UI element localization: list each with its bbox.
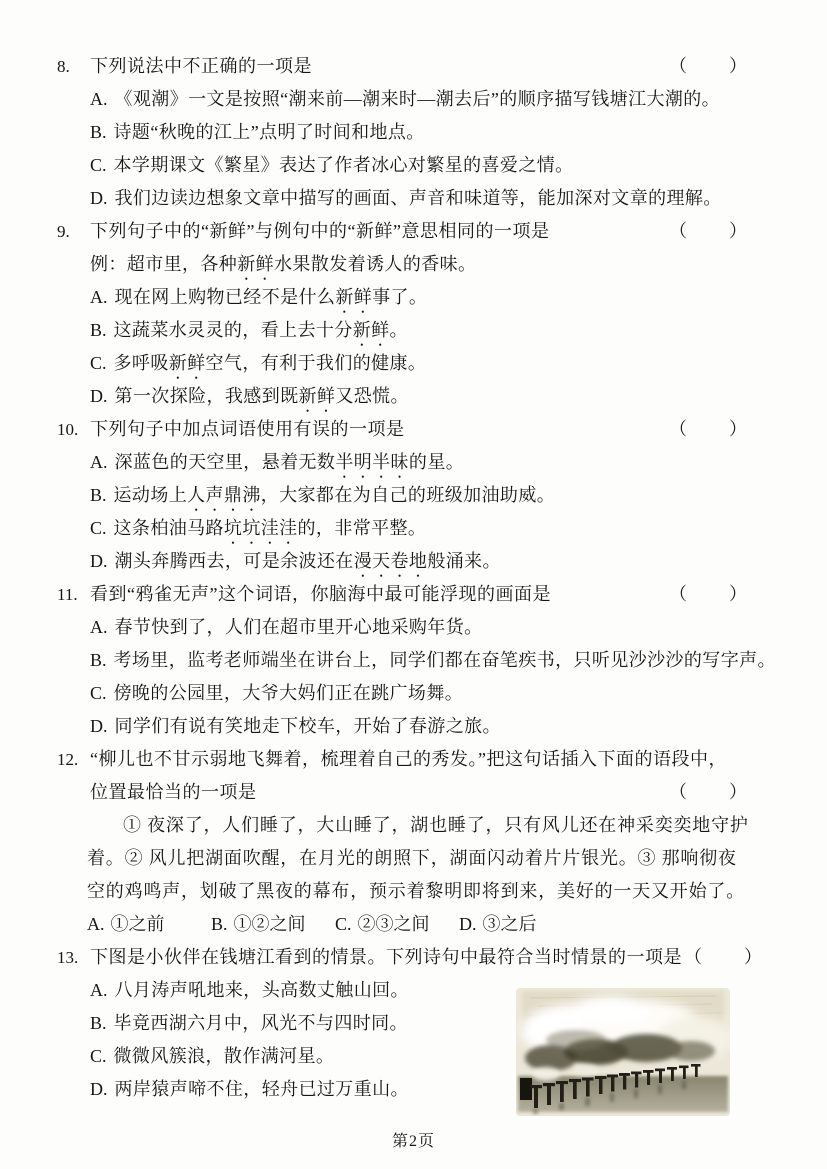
option-text: 两岸猿声啼不住，轻舟已过万重山。 (115, 1073, 409, 1106)
option-text-emphasis: 新鲜 (353, 320, 390, 340)
question-stem-text: 下列句子中的“新鲜”与例句中的“新鲜”意思相同的一项是 (90, 215, 549, 248)
question-12: 12. “柳儿也不甘示弱地飞舞着，梳理着自己的秀发。”把这句话插入下面的语段中，… (57, 743, 749, 941)
option-text: 毕竟西湖六月中，风光不与四时同。 (114, 1007, 408, 1040)
question-number: 13. (57, 941, 90, 974)
option-label: A. (90, 446, 108, 479)
question-11: 11. 看到“鸦雀无声”这个词语，你脑海中最可能浮现的画面是 （ ） A. 春节… (57, 578, 749, 743)
option-label: D. (90, 710, 108, 743)
option-label: A. (90, 611, 108, 644)
option-text-post: ，大家都在为自己的班级加油助威。 (261, 485, 555, 505)
question-13-stem: 13. 下图是小伙伴在钱塘江看到的情景。下列诗句中最符合当时情景的一项是 （ ） (57, 941, 749, 974)
option-inline: D.③之后 (459, 908, 537, 941)
option-text-emphasis: 新鲜 (169, 353, 206, 373)
option-text: 诗题“秋晚的江上”点明了时间和地点。 (114, 116, 425, 149)
option-text: 运动场上人声鼎沸，大家都在为自己的班级加油助威。 (114, 479, 556, 515)
option-text-post: 的，非常平整。 (298, 518, 427, 538)
example-text: 例：超市里，各种新鲜水果散发着诱人的香味。 (90, 248, 476, 284)
example-sentence: 例：超市里，各种新鲜水果散发着诱人的香味。 (57, 248, 749, 281)
option-row: D. 潮头奔腾西去，可是余波还在漫天卷地般涌来。 (57, 545, 749, 578)
question-10-stem: 10. 下列句子中加点词语使用有误的一项是 （ ） (57, 413, 749, 446)
option-label: D. (90, 1073, 108, 1106)
option-row: C. 傍晚的公园里，大爷大妈们正在跳广场舞。 (57, 677, 749, 710)
answer-bracket: （ ） (669, 215, 749, 248)
qiantang-tide-photo (516, 988, 730, 1116)
option-row: B. 这蔬菜水灵灵的，看上去十分新鲜。 (57, 314, 749, 347)
option-label: A. (87, 908, 105, 941)
option-text-emphasis: 新鲜 (335, 287, 372, 307)
option-text-post: 事了。 (372, 287, 427, 307)
option-row: B. 运动场上人声鼎沸，大家都在为自己的班级加油助威。 (57, 479, 749, 512)
question-12-stem-line2: 位置最恰当的一项是 （ ） (57, 776, 749, 809)
question-stem-text: 下列句子中加点词语使用有误的一项是 (90, 413, 405, 446)
passage-line: ① 夜深了，人们睡了，大山睡了，湖也睡了，只有风儿还在神采奕奕地守护 (57, 809, 749, 842)
option-inline: B.①②之间 (211, 908, 335, 941)
question-stem-text: 下列说法中不正确的一项是 (90, 50, 312, 83)
option-text: 这条柏油马路坑坑洼洼的，非常平整。 (114, 512, 427, 548)
question-number: 10. (57, 413, 90, 446)
question-number: 8. (57, 50, 90, 83)
option-text-post: 。 (390, 320, 408, 340)
option-row: C. 本学期课文《繁星》表达了作者冰心对繁星的喜爱之情。 (57, 149, 749, 182)
option-label: C. (90, 1040, 107, 1073)
option-row: A. 现在网上购物已经不是什么新鲜事了。 (57, 281, 749, 314)
passage-line: 空的鸡鸣声，划破了黑夜的幕布，预示着黎明即将到来，美好的一天又开始了。 (57, 875, 749, 908)
question-9-stem: 9. 下列句子中的“新鲜”与例句中的“新鲜”意思相同的一项是 （ ） (57, 215, 749, 248)
question-number: 12. (57, 743, 90, 776)
option-label: B. (90, 314, 107, 347)
question-8-stem: 8. 下列说法中不正确的一项是 （ ） (57, 50, 749, 83)
option-row: A. 《观潮》一文是按照“潮来前—潮来时—潮去后”的顺序描写钱塘江大潮的。 (57, 83, 749, 116)
option-row: C. 这条柏油马路坑坑洼洼的，非常平整。 (57, 512, 749, 545)
option-text-pre: 多呼吸 (114, 353, 169, 373)
option-label: C. (335, 908, 352, 941)
option-text: 考场里，监考老师端坐在讲台上，同学们都在奋笔疾书，只听见沙沙沙的写字声。 (114, 644, 776, 677)
option-row: A. 春节快到了，人们在超市里开心地采购年货。 (57, 611, 749, 644)
option-label: C. (90, 149, 107, 182)
option-text-post: 的星。 (409, 452, 464, 472)
option-text: 春节快到了，人们在超市里开心地采购年货。 (115, 611, 483, 644)
option-text: 深蓝色的天空里，悬着无数半明半昧的星。 (115, 446, 465, 482)
option-row: D. 我们边读边想象文章中描写的画面、声音和味道等，能加深对文章的理解。 (57, 182, 749, 215)
option-label: C. (90, 512, 107, 545)
answer-bracket: （ ） (669, 776, 749, 809)
option-text: ③之后 (483, 908, 537, 941)
option-text: ①②之间 (234, 908, 306, 941)
option-text-emphasis: 人声鼎沸 (187, 485, 261, 505)
option-row: C. 多呼吸新鲜空气，有利于我们的健康。 (57, 347, 749, 380)
option-row: D. 同学们有说有笑地走下校车，开始了春游之旅。 (57, 710, 749, 743)
answer-bracket: （ ） (669, 413, 749, 446)
passage-line: 着。② 风儿把湖面吹醒，在月光的朗照下，湖面闪动着片片银光。③ 那响彻夜 (57, 842, 749, 875)
option-text: 我们边读边想象文章中描写的画面、声音和味道等，能加深对文章的理解。 (115, 182, 722, 215)
exam-page: 8. 下列说法中不正确的一项是 （ ） A. 《观潮》一文是按照“潮来前—潮来时… (0, 0, 827, 1169)
question-12-stem-line1: 12. “柳儿也不甘示弱地飞舞着，梳理着自己的秀发。”把这句话插入下面的语段中， (57, 743, 749, 776)
option-text: 傍晚的公园里，大爷大妈们正在跳广场舞。 (114, 677, 464, 710)
option-text-pre: 深蓝色的天空里，悬着无数 (115, 452, 336, 472)
example-text-emphasis: 新鲜 (237, 254, 274, 274)
option-text: 这蔬菜水灵灵的，看上去十分新鲜。 (114, 314, 408, 350)
option-text: 第一次探险，我感到既新鲜又恐慌。 (115, 380, 409, 416)
option-text-pre: 这蔬菜水灵灵的，看上去十分 (114, 320, 353, 340)
question-stem-text: 位置最恰当的一项是 (90, 776, 257, 809)
option-label: B. (211, 908, 228, 941)
answer-bracket: （ ） (669, 50, 749, 83)
option-text-post: 空气，有利于我们的健康。 (206, 353, 427, 373)
question-number: 9. (57, 215, 90, 248)
question-stem-text: “柳儿也不甘示弱地飞舞着，梳理着自己的秀发。”把这句话插入下面的语段中， (90, 743, 727, 776)
question-10: 10. 下列句子中加点词语使用有误的一项是 （ ） A. 深蓝色的天空里，悬着无… (57, 413, 749, 578)
option-label: A. (90, 83, 108, 116)
option-text: 微微风簇浪，散作满河星。 (114, 1040, 335, 1073)
option-text-post: 般涌来。 (427, 551, 501, 571)
option-text-emphasis: 半明半昧 (335, 452, 409, 472)
example-text-pre: 例：超市里，各种 (90, 254, 237, 274)
option-text-pre: 现在网上购物已经不是什么 (115, 287, 336, 307)
option-row: A. 深蓝色的天空里，悬着无数半明半昧的星。 (57, 446, 749, 479)
option-text: 多呼吸新鲜空气，有利于我们的健康。 (114, 347, 427, 383)
option-text-pre: 潮头奔腾西去，可是余波还在 (115, 551, 354, 571)
option-label: C. (90, 677, 107, 710)
option-label: C. (90, 347, 107, 380)
option-text-pre: 运动场上 (114, 485, 188, 505)
option-text: 同学们有说有笑地走下校车，开始了春游之旅。 (115, 710, 501, 743)
question-number: 11. (57, 578, 90, 611)
option-row-inline: A.①之前 B.①②之间 C.②③之间 D.③之后 (57, 908, 749, 941)
option-label: A. (90, 974, 108, 1007)
option-text: 现在网上购物已经不是什么新鲜事了。 (115, 281, 428, 317)
question-9: 9. 下列句子中的“新鲜”与例句中的“新鲜”意思相同的一项是 （ ） 例：超市里… (57, 215, 749, 413)
option-label: B. (90, 1007, 107, 1040)
option-row: B. 考场里，监考老师端坐在讲台上，同学们都在奋笔疾书，只听见沙沙沙的写字声。 (57, 644, 749, 677)
page-number: 第2页 (0, 1128, 827, 1151)
option-text-pre: 这条柏油马路 (114, 518, 224, 538)
option-label: D. (90, 545, 108, 578)
option-label: A. (90, 281, 108, 314)
exam-content: 8. 下列说法中不正确的一项是 （ ） A. 《观潮》一文是按照“潮来前—潮来时… (57, 50, 749, 1106)
option-text: 《观潮》一文是按照“潮来前—潮来时—潮去后”的顺序描写钱塘江大潮的。 (115, 83, 721, 116)
option-label: B. (90, 644, 107, 677)
option-label: D. (90, 182, 108, 215)
answer-bracket: （ ） (684, 941, 764, 974)
option-text-pre: 第一次探险，我感到既 (115, 386, 299, 406)
question-stem-text: 下图是小伙伴在钱塘江看到的情景。下列诗句中最符合当时情景的一项是 (90, 941, 682, 974)
option-text: 本学期课文《繁星》表达了作者冰心对繁星的喜爱之情。 (114, 149, 574, 182)
example-text-post: 水果散发着诱人的香味。 (274, 254, 476, 274)
option-label: D. (90, 380, 108, 413)
option-inline: C.②③之间 (335, 908, 459, 941)
option-label: D. (459, 908, 477, 941)
option-row: D. 第一次探险，我感到既新鲜又恐慌。 (57, 380, 749, 413)
option-text-emphasis: 坑坑洼洼 (224, 518, 298, 538)
option-text: ②③之间 (358, 908, 430, 941)
answer-bracket: （ ） (669, 578, 749, 611)
option-row: B. 诗题“秋晚的江上”点明了时间和地点。 (57, 116, 749, 149)
option-text: 潮头奔腾西去，可是余波还在漫天卷地般涌来。 (115, 545, 501, 581)
option-inline: A.①之前 (87, 908, 211, 941)
question-11-stem: 11. 看到“鸦雀无声”这个词语，你脑海中最可能浮现的画面是 （ ） (57, 578, 749, 611)
option-label: B. (90, 116, 107, 149)
question-8: 8. 下列说法中不正确的一项是 （ ） A. 《观潮》一文是按照“潮来前—潮来时… (57, 50, 749, 215)
option-label: B. (90, 479, 107, 512)
option-text: ①之前 (111, 908, 165, 941)
option-text-post: 又恐慌。 (335, 386, 409, 406)
tidal-bore-wave-image (516, 988, 730, 1116)
option-text: 八月涛声吼地来，头高数丈触山回。 (115, 974, 409, 1007)
question-stem-text: 看到“鸦雀无声”这个词语，你脑海中最可能浮现的画面是 (90, 578, 551, 611)
option-text-emphasis: 漫天卷地 (354, 551, 428, 571)
option-text-emphasis: 新鲜 (299, 386, 336, 406)
